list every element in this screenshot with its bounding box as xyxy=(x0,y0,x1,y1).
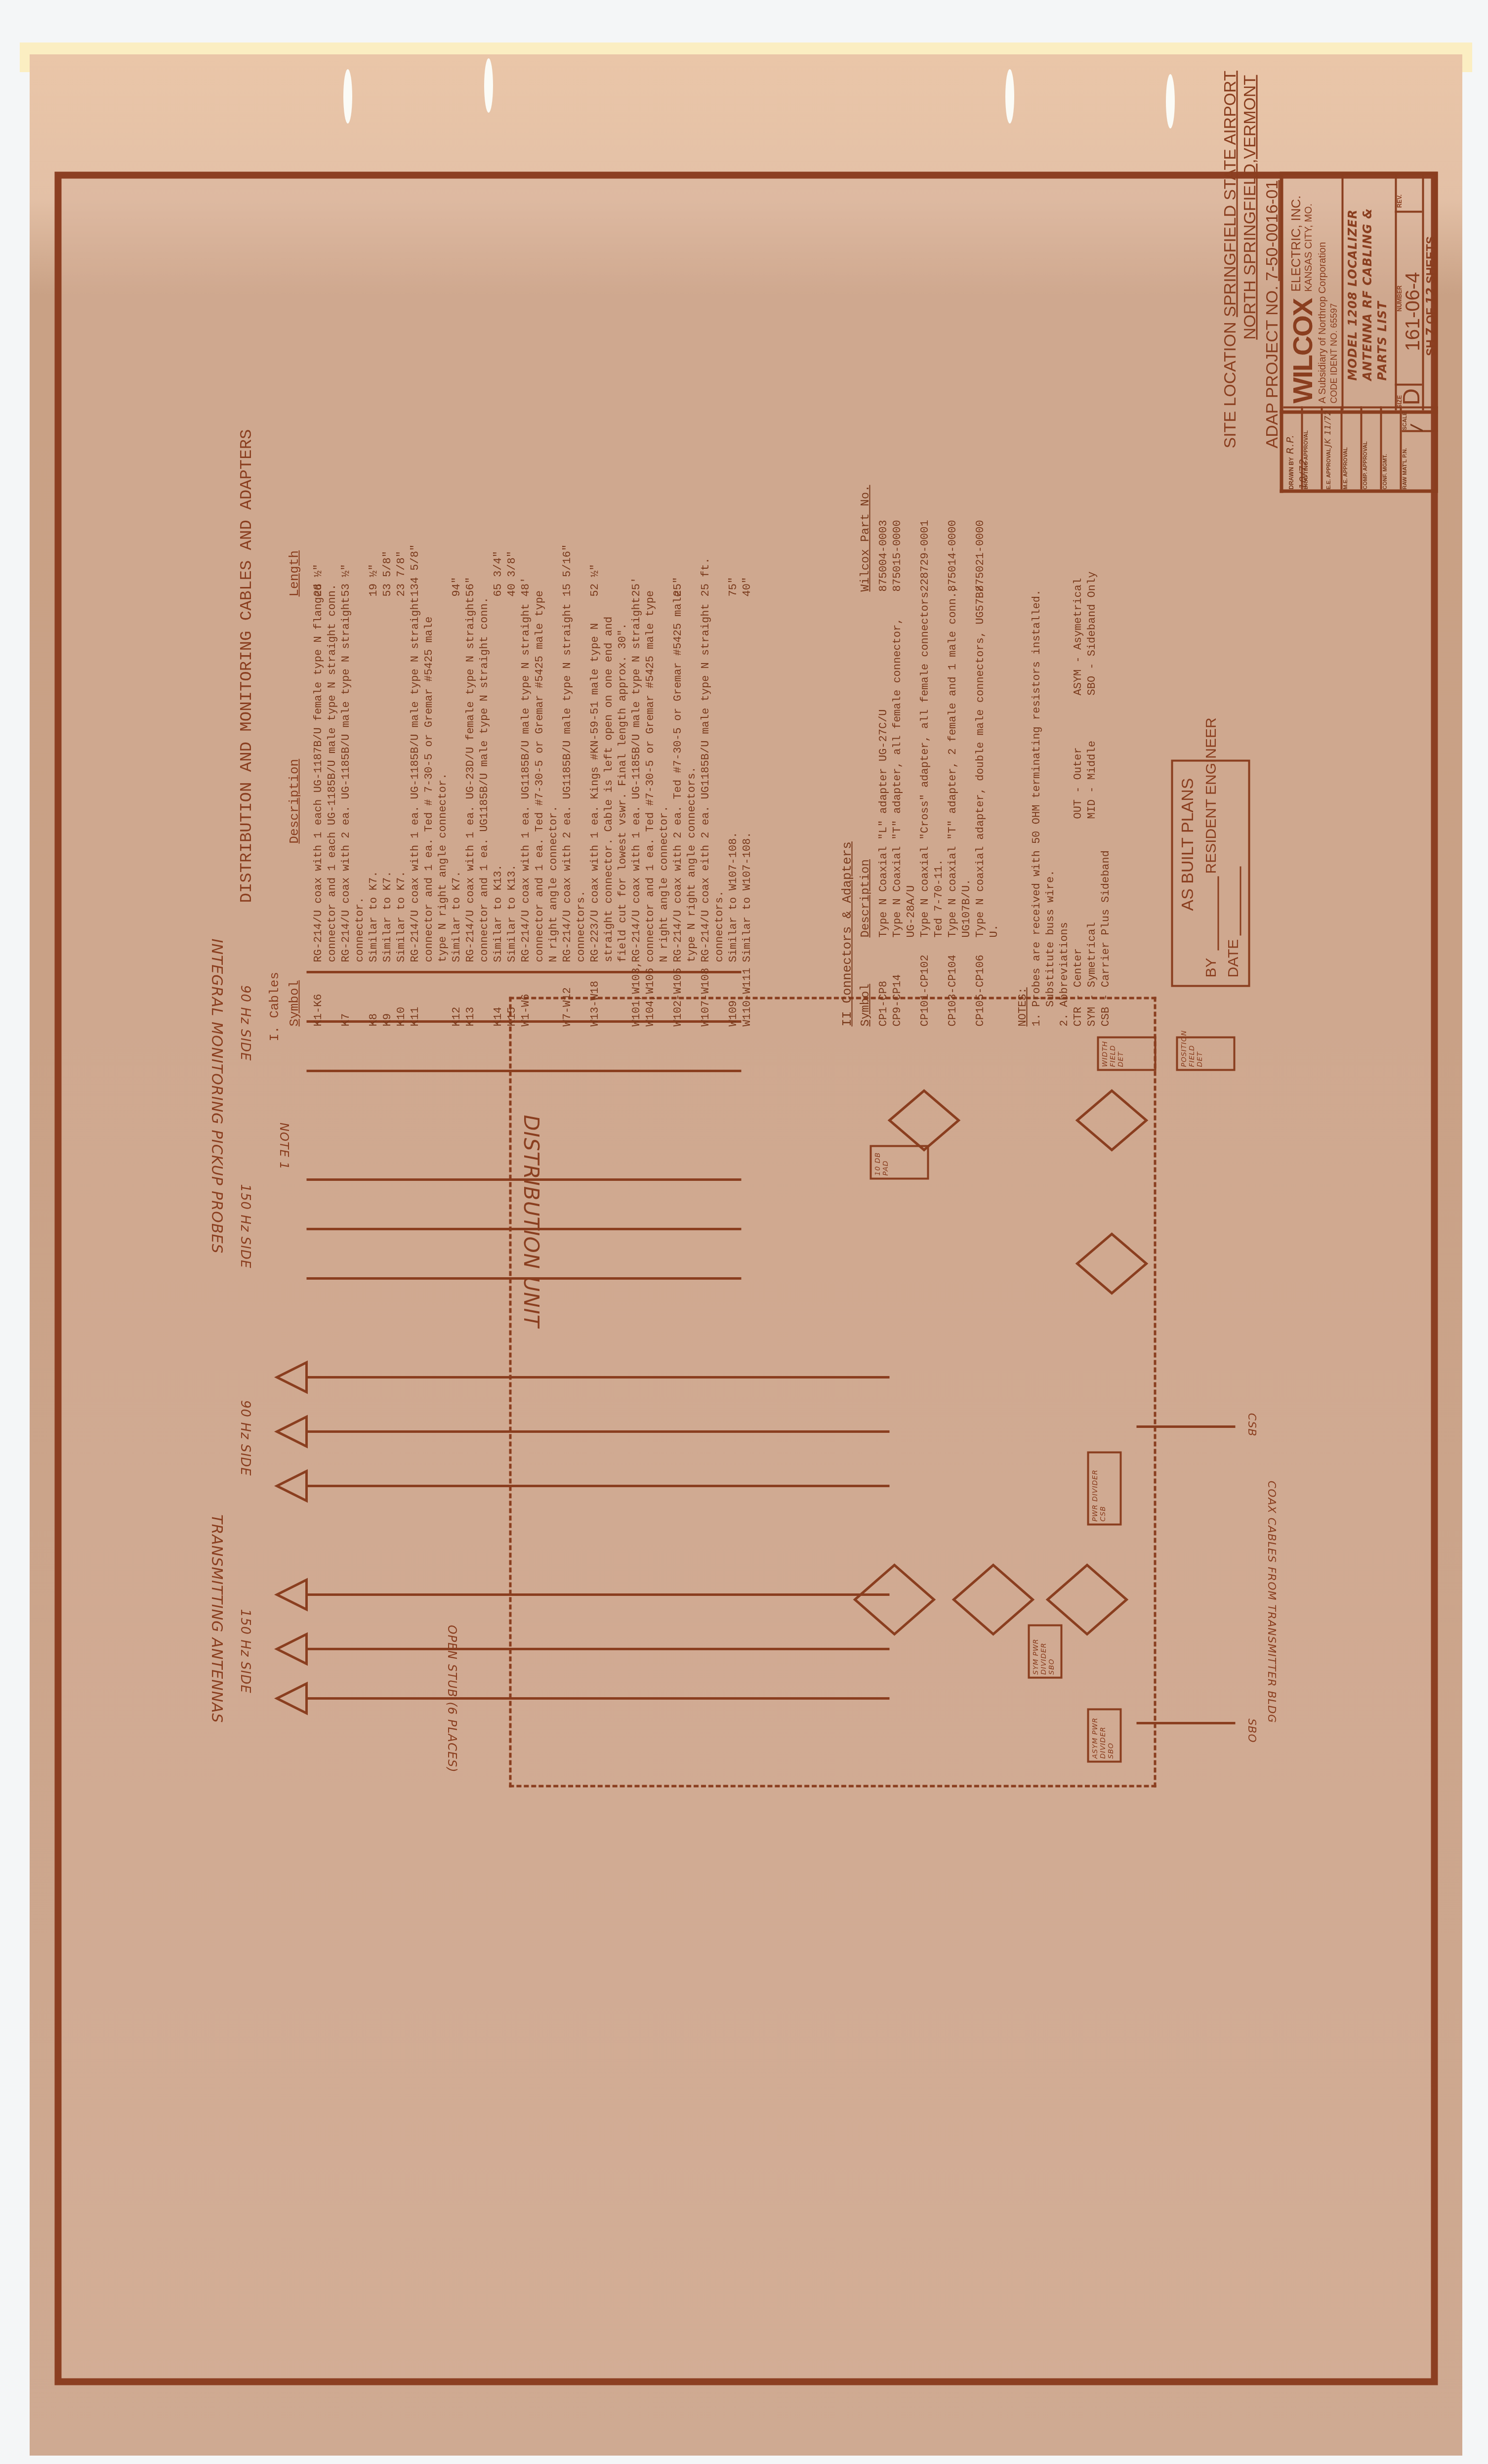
table-row: W102-W105RG-214/U coax with 2 ea. Ted #7… xyxy=(671,532,699,1026)
title-block: WILCOX ELECTRIC, INC. KANSAS CITY, MO. A… xyxy=(1280,171,1438,414)
drawing-title-line2: ANTENNA RF CABLING & xyxy=(1360,208,1374,380)
stamp-date-field[interactable] xyxy=(1240,866,1241,935)
drawing-title-line1: MODEL 1208 LOCALIZER xyxy=(1345,209,1359,380)
notes-title: NOTES: xyxy=(1016,483,1030,1026)
open-stub-note: OPEN STUB (6 PLACES) xyxy=(445,1625,458,1772)
adap-project: ADAP PROJECT NO. 7-50-0016-01 xyxy=(1262,180,1281,448)
rev-label: REV. xyxy=(1396,194,1403,208)
site-location: SITE LOCATION SPRINGFIELD STATE AIRPORT xyxy=(1220,70,1240,448)
monitoring-probes-title: INTEGRAL MONITORING PICKUP PROBES xyxy=(207,938,225,1253)
table-row: CP105-CP106Type N coaxial adapter, doubl… xyxy=(973,483,1001,1026)
transmitting-antennas-title: TRANSMITTING ANTENNAS xyxy=(207,1514,225,1723)
stamp-title: AS BUILT PLANS xyxy=(1178,778,1197,911)
table-row: W109Similar to W107-108.75" xyxy=(726,532,740,1026)
stamp-by-label: BY xyxy=(1202,958,1219,977)
width-detector-block: WIDTH FIELD DET xyxy=(1097,1036,1156,1071)
table-row: W7-W12RG-214/U coax with 2 ea. UG1185B/U… xyxy=(560,532,588,1026)
table-row: K15Similar to K13.40 3/8" xyxy=(505,532,519,1026)
probe-150hz-label: 150 Hz SIDE xyxy=(237,1184,252,1268)
drafting-approval: DRAFTING APPROVAL xyxy=(1303,406,1323,489)
cables-table: K1-K6RG-214/U coax with 1 each UG-1187B/… xyxy=(311,532,754,1026)
drawn-by-row: DRAWN BY R.P. 10/72 xyxy=(1283,406,1303,489)
csb-input-label: CSB xyxy=(1245,1413,1257,1436)
notes-block: NOTES: 1. Probes are received with 50 OH… xyxy=(1016,483,1113,1026)
company-name: WILCOX xyxy=(1286,298,1318,403)
cables-header-length: Length xyxy=(287,550,301,596)
table-row: K8Similar to K7.19 ½" xyxy=(367,532,380,1026)
table-row: K7RG-214/U coax with 2 ea. UG-1185B/U ma… xyxy=(339,532,367,1026)
table-row: K1-K6RG-214/U coax with 1 each UG-1187B/… xyxy=(311,532,339,1026)
cables-section-title: I. Cables xyxy=(267,972,282,1041)
stamp-by-field[interactable] xyxy=(1217,876,1219,950)
stamp-by-role: RESIDENT ENGINEER xyxy=(1202,717,1219,874)
csb-divider-block: PWR DIVIDER CSB xyxy=(1087,1451,1121,1525)
company-subsidiary: A Subsidiary of Northrop Corporation xyxy=(1317,242,1328,403)
table-row: K11RG-214/U coax with 1 ea. UG-1185B/U m… xyxy=(408,532,450,1026)
company-suffix: ELECTRIC, INC. xyxy=(1288,195,1303,292)
cables-header-description: Description xyxy=(287,758,301,843)
sym-divider-block: SYM PWR DIVIDER SBO xyxy=(1028,1624,1062,1678)
table-row: K10Similar to K7.23 7/8" xyxy=(394,532,408,1026)
table-row: W110-W111Similar to W107-108.40" xyxy=(740,532,754,1026)
company-city: KANSAS CITY, MO. xyxy=(1303,203,1314,292)
stamp-date-label: DATE xyxy=(1225,939,1241,977)
table-row: CP103-CP104Type N coaxial "T" adapter, 2… xyxy=(946,483,973,1026)
adapters-table: II Connectors & Adapters Symbol Descript… xyxy=(840,483,1113,1026)
asym-divider-block: ASYM PWR DIVIDER SBO xyxy=(1087,1708,1121,1762)
table-row: W107-W108RG-214/U coax eith 2 ea. UG1185… xyxy=(699,532,726,1026)
as-built-stamp: AS BUILT PLANS BY RESIDENT ENGINEER DATE xyxy=(1171,759,1250,987)
site-location-line2: NORTH SPRINGFIELD,VERMONT xyxy=(1240,75,1259,339)
tx-90hz-label: 90 Hz SIDE xyxy=(237,1400,252,1476)
table-row: W1-W6RG-214/U coax with 1 ea. UG1185B/U … xyxy=(519,532,560,1026)
comp-approval: COMP. APPROVAL xyxy=(1362,406,1382,489)
raw-matl-pn: RAW MAT'L P.N. xyxy=(1402,430,1438,489)
approval-block: DRAWN BY R.P. 10/72 DRAFTING APPROVAL E.… xyxy=(1280,410,1438,493)
table-row: CP1-CP8Type N Coaxial "L" adapter UG-27C… xyxy=(876,483,890,1026)
me-approval: M.E. APPROVAL xyxy=(1342,406,1362,489)
table-row: CP9-CP14Type N Coaxial "T" adapter, all … xyxy=(890,483,918,1026)
adapters-section-title: II Connectors & Adapters xyxy=(840,483,854,1026)
table-row: W101,W103, W104,W106RG-214/U coax with 1… xyxy=(629,532,671,1026)
input-note: COAX CABLES FROM TRANSMITTER BLDG xyxy=(1265,1480,1277,1723)
drawing-size: D xyxy=(1398,388,1425,405)
table-row: K12Similar to K7.94" xyxy=(450,532,463,1026)
drawing-number: 161-06-4 xyxy=(1402,272,1424,351)
probe-note: NOTE 1 xyxy=(277,1122,290,1169)
rotated-drawing: DISTRIBUTION UNIT xyxy=(0,0,1488,2464)
adapters-header: Symbol Description Wilcox Part No. xyxy=(859,483,872,1026)
table-row: K13RG-214/U coax with 1 ea. UG-23D/U fem… xyxy=(463,532,491,1026)
scale-cell: SCALE/ xyxy=(1402,406,1438,430)
table-row: W13-W18RG-223/U coax with 1 ea. Kings #K… xyxy=(588,532,629,1026)
note-item: 2. Abbreviations xyxy=(1057,483,1071,1026)
table-row: CP101-CP102Type N coaxial "Cross" adapte… xyxy=(918,483,946,1026)
table-row: K9Similar to K7.53 5/8" xyxy=(380,532,394,1026)
cables-header-symbol: Symbol xyxy=(287,980,301,1026)
tx-150hz-label: 150 Hz SIDE xyxy=(237,1609,252,1693)
conf-mgmt: CONF. MGMT. xyxy=(1382,406,1402,489)
sbo-input-label: SBO xyxy=(1245,1718,1257,1743)
note-item: 1. Probes are received with 50 OHM termi… xyxy=(1030,483,1057,1026)
pad-block: 10 DB PAD xyxy=(869,1145,929,1179)
sheet-info: SH 7 OF 12 SHEETS xyxy=(1423,236,1438,356)
drawing-title-line3: PARTS LIST xyxy=(1375,301,1389,380)
probe-90hz-label: 90 Hz SIDE xyxy=(237,985,252,1061)
table-row: K14Similar to K13.65 3/4" xyxy=(491,532,505,1026)
document-heading: DISTRIBUTION AND MONITORING CABLES AND A… xyxy=(237,429,256,903)
code-ident: CODE IDENT NO. 65597 xyxy=(1328,303,1339,403)
position-detector-block: POSITION FIELD DET xyxy=(1176,1036,1235,1071)
ee-approval: E.E. APPROVAL JK 11/72 xyxy=(1323,406,1342,489)
